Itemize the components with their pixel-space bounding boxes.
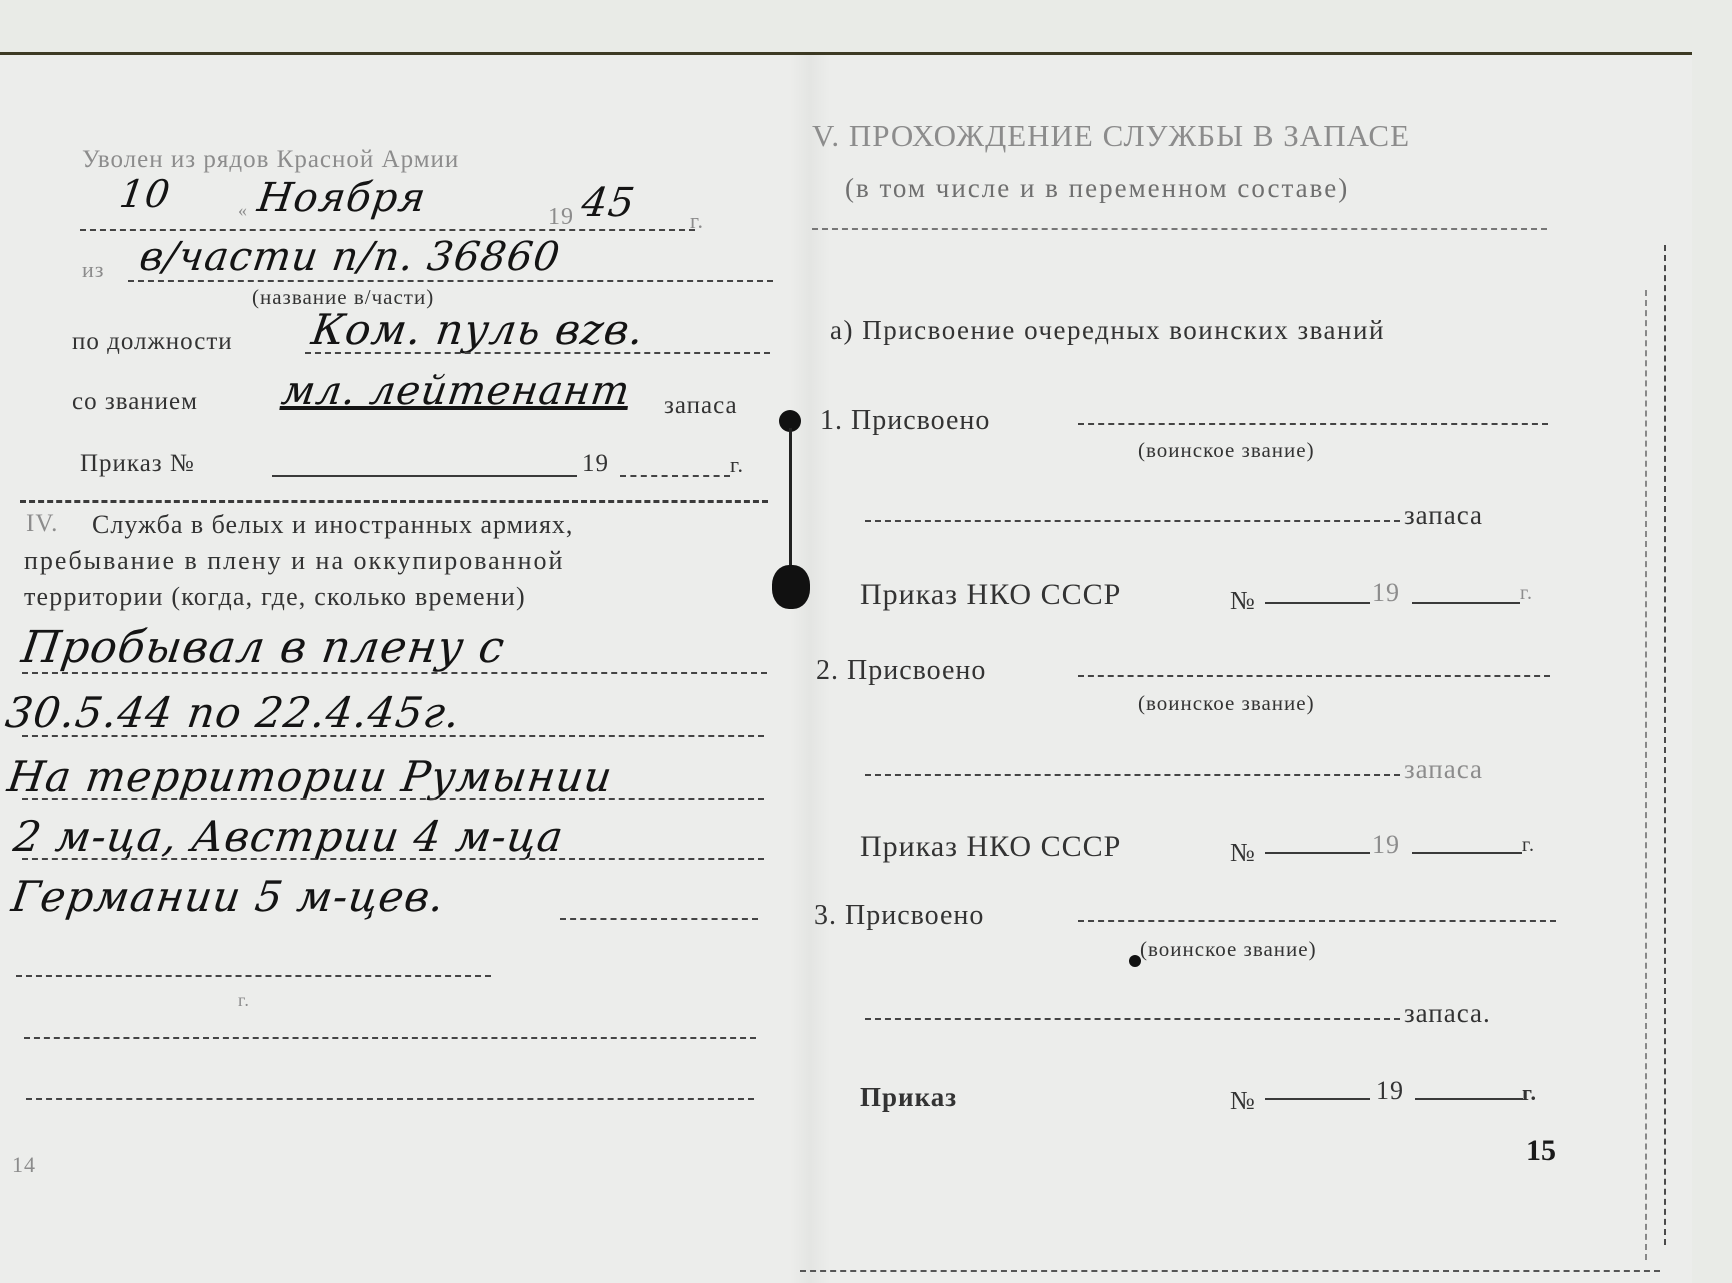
- assignment-1-caption: (воинское звание): [1138, 438, 1315, 463]
- section-iv-title-line2: пребывание в плену и на оккупированной: [24, 546, 564, 576]
- year-prefix: 19: [548, 204, 574, 231]
- page-frame-outer: [1664, 245, 1666, 1245]
- stray-mark: г.: [238, 990, 250, 1011]
- assignment-3-order-label: Приказ: [860, 1082, 957, 1113]
- assignment-2-order-label: Приказ НКО СССР: [860, 830, 1121, 864]
- entry-line-4: [22, 858, 764, 860]
- subsection-a: а) Присвоение очередных воинских званий: [830, 315, 1385, 346]
- assignment-1-year-line: [1412, 602, 1520, 604]
- assignment-3-number-sign: №: [1230, 1086, 1256, 1116]
- assignment-2-year: 19: [1372, 830, 1400, 860]
- assignment-3-year: 19: [1376, 1076, 1404, 1106]
- captivity-entry-2: 30.5.44 по 22.4.45г.: [3, 688, 464, 737]
- blank-line-1: [16, 975, 491, 977]
- blank-line-3: [26, 1098, 754, 1100]
- assignment-3-number-line: [1265, 1098, 1370, 1100]
- assignment-3-suffix: запаса.: [1404, 998, 1491, 1029]
- order-year-unit: г.: [730, 452, 744, 478]
- assignment-2-reserve-line: [865, 774, 1400, 776]
- rank-value: мл. лейтенант: [279, 368, 634, 414]
- assignment-1-number-sign: №: [1230, 586, 1256, 616]
- captivity-entry-4: 2 м-ца, Австрии 4 м-ца: [11, 812, 567, 861]
- assignment-3-year-line: [1415, 1098, 1523, 1100]
- unit-underline: [128, 280, 773, 282]
- rank-label: со званием: [72, 388, 198, 416]
- assignment-3-label: 3. Присвоено: [814, 900, 984, 932]
- assignment-2-number-sign: №: [1230, 838, 1256, 868]
- discharge-month: Ноября: [255, 175, 429, 221]
- assignment-3-caption: (воинское звание): [1140, 937, 1317, 962]
- binding-staple: [789, 428, 792, 578]
- order-label: Приказ №: [80, 450, 195, 478]
- day-quote: «: [238, 200, 248, 221]
- entry-line-1: [22, 672, 767, 674]
- section-v-separator: [812, 228, 1547, 230]
- order-year-line: [620, 475, 730, 477]
- page-number-right: 15: [1526, 1134, 1556, 1168]
- assignment-1-order-label: Приказ НКО СССР: [860, 578, 1121, 612]
- discharge-heading: Уволен из рядов Красной Армии: [82, 146, 459, 174]
- assignment-3-reserve-line: [865, 1018, 1400, 1020]
- assignment-2-year-unit: г.: [1522, 834, 1535, 857]
- position-label: по должности: [72, 328, 233, 356]
- unit-value: в/части п/п. 36860: [137, 234, 563, 280]
- ink-blot-bottom: [772, 565, 810, 609]
- assignment-3-year-unit: г.: [1522, 1080, 1537, 1106]
- entry-line-3: [22, 798, 764, 800]
- position-value: Ком. пуль вzв.: [309, 305, 648, 354]
- assignment-2-suffix: запаса: [1404, 754, 1483, 785]
- assignment-1-reserve-line: [865, 520, 1400, 522]
- assignment-1-number-line: [1265, 602, 1370, 604]
- captivity-entry-1: Пробывал в плену с: [18, 622, 508, 673]
- assignment-2-label: 2. Присвоено: [816, 655, 986, 687]
- from-prefix: из: [82, 257, 104, 283]
- date-underline: [80, 229, 695, 231]
- section-iv-title-line1: Служба в белых и иностранных армиях,: [92, 510, 573, 540]
- assignment-3-rank-line: [1078, 920, 1556, 922]
- page-number-left: 14: [12, 1152, 36, 1178]
- assignment-1-rank-line: [1078, 423, 1548, 425]
- discharge-day: 10: [117, 172, 174, 216]
- assignment-2-caption: (воинское звание): [1138, 691, 1315, 716]
- section-v-subtitle: (в том числе и в переменном составе): [845, 173, 1349, 204]
- captivity-entry-3: На территории Румынии: [5, 752, 616, 801]
- assignment-2-year-line: [1412, 852, 1522, 854]
- blank-line-2: [24, 1037, 756, 1039]
- assignment-1-suffix: запаса: [1404, 500, 1483, 531]
- assignment-2-rank-line: [1078, 675, 1550, 677]
- assignment-1-year-unit: г.: [1520, 582, 1533, 605]
- section-separator: [20, 500, 768, 503]
- order-year: 19: [582, 450, 609, 478]
- position-underline: [305, 352, 770, 354]
- assignment-1-year: 19: [1372, 578, 1400, 608]
- section-iv-number: IV.: [26, 510, 58, 538]
- page-frame-inner: [1645, 290, 1647, 1260]
- entry-line-2: [22, 735, 764, 737]
- entry-line-5: [560, 918, 758, 920]
- section-v-title: V. ПРОХОЖДЕНИЕ СЛУЖБЫ В ЗАПАСЕ: [812, 118, 1410, 154]
- assignment-1-label: 1. Присвоено: [820, 405, 990, 437]
- rank-suffix: запаса: [664, 392, 738, 420]
- discharge-year: 45: [579, 180, 638, 226]
- assignment-2-number-line: [1265, 852, 1370, 854]
- captivity-entry-5: Германии 5 м-цев.: [9, 872, 448, 921]
- order-number-line: [272, 475, 577, 477]
- section-iv-title-line3: территории (когда, где, сколько времени): [24, 582, 526, 612]
- page-frame-bottom: [800, 1270, 1660, 1272]
